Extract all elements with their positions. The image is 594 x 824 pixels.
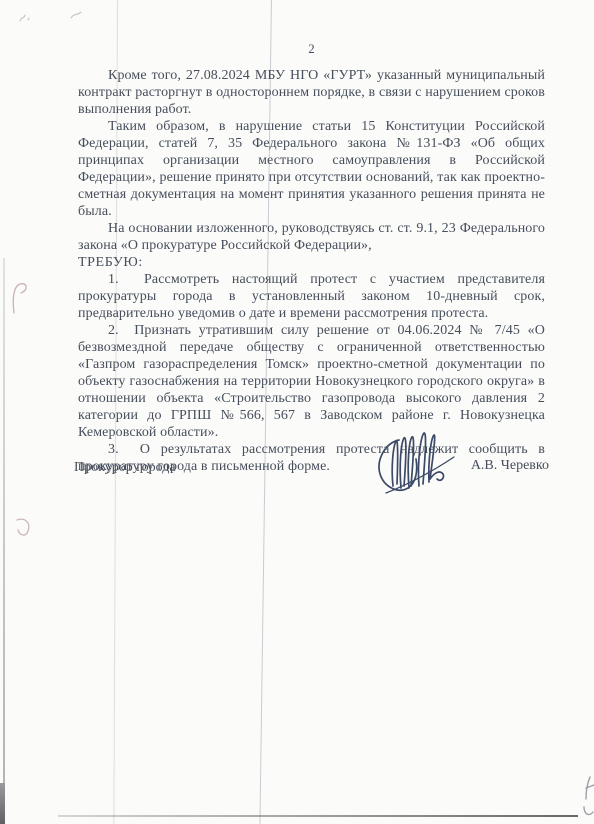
demand-item-1: 1. Рассмотреть настоящий протест с участ… [78, 271, 545, 322]
document-body: 2 Кроме того, 27.08.2024 МБУ НГО «ГУРТ» … [78, 40, 545, 475]
signatory-title: Прокурор города [74, 460, 176, 476]
pen-hook-mark-lower [14, 517, 34, 549]
body-paragraph-1: Кроме того, 27.08.2024 МБУ НГО «ГУРТ» ук… [78, 67, 545, 118]
demand-item-2: 2. Признать утратившим силу решение от 0… [78, 322, 545, 441]
page-number: 2 [78, 40, 545, 57]
pen-mark-bottom-right [578, 774, 594, 820]
scanned-document-page: 2 Кроме того, 27.08.2024 МБУ НГО «ГУРТ» … [0, 0, 594, 824]
page-left-edge-line [3, 258, 5, 786]
pen-hook-mark-upper [10, 281, 30, 315]
pen-mark-top-left-1 [18, 12, 34, 24]
signatory-name: А.В. Черевко [471, 458, 549, 474]
demand-heading: ТРЕБУЮ: [78, 254, 545, 271]
pen-mark-top-left-2 [68, 10, 84, 22]
scan-corner-shadow [0, 783, 5, 824]
body-paragraph-3: На основании изложенного, руководствуясь… [78, 220, 545, 254]
signature-icon [371, 427, 461, 499]
page-bottom-edge-line [58, 815, 578, 817]
body-paragraph-2: Таким образом, в нарушение статьи 15 Кон… [78, 118, 545, 220]
